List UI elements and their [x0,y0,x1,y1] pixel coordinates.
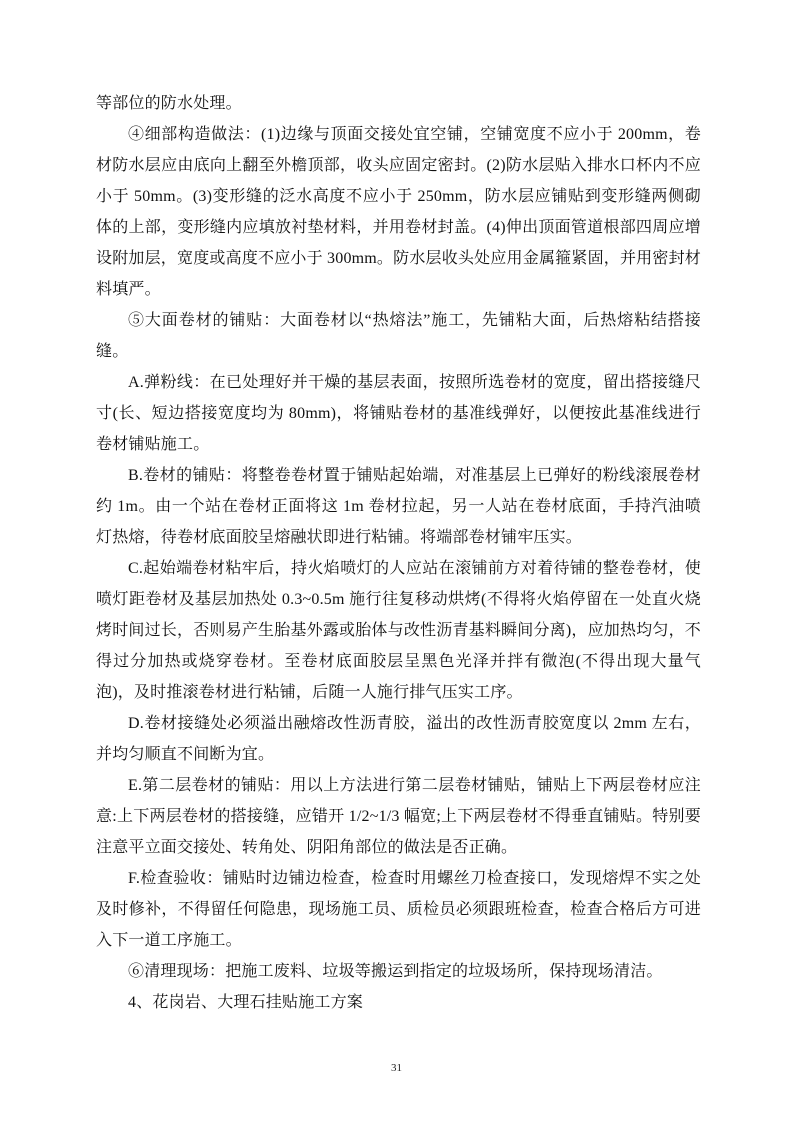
paragraph-heading-granite-marble: 4、花岗岩、大理石挂贴施工方案 [96,987,701,1018]
paragraph-step-e-second-layer: E.第二层卷材的铺贴：用以上方法进行第二层卷材铺贴，铺贴上下两层卷材应注意:上下… [96,770,701,863]
paragraph-site-cleanup-6: ⑥清理现场：把施工废料、垃圾等搬运到指定的垃圾场所，保持现场清洁。 [96,956,701,987]
document-body: 等部位的防水处理。 ④细部构造做法：(1)边缘与顶面交接处宜空铺，空铺宽度不应小… [96,88,701,1018]
paragraph-step-b-membrane-paste: B.卷材的铺贴：将整卷卷材置于铺贴起始端，对准基层上已弹好的粉线滚展卷材约 1m… [96,460,701,553]
paragraph-continuation: 等部位的防水处理。 [96,88,701,119]
paragraph-step-f-inspection: F.检查验收：铺贴时边铺边检查，检查时用螺丝刀检查接口，发现熔焊不实之处及时修补… [96,863,701,956]
document-page: 等部位的防水处理。 ④细部构造做法：(1)边缘与顶面交接处宜空铺，空铺宽度不应小… [0,0,793,1122]
paragraph-step-a-chalk-line: A.弹粉线：在已处理好并干燥的基层表面，按照所选卷材的宽度，留出搭接缝尺寸(长、… [96,367,701,460]
paragraph-step-c-torch-heating: C.起始端卷材粘牢后，持火焰喷灯的人应站在滚铺前方对着待铺的整卷卷材，使喷灯距卷… [96,553,701,708]
paragraph-detail-construction-4: ④细部构造做法：(1)边缘与顶面交接处宜空铺，空铺宽度不应小于 200mm，卷材… [96,119,701,305]
page-number: 31 [0,1062,793,1074]
paragraph-membrane-laying-5: ⑤大面卷材的铺贴：大面卷材以“热熔法”施工，先铺粘大面，后热熔粘结搭接缝。 [96,305,701,367]
paragraph-step-d-seam-overflow: D.卷材接缝处必须溢出融熔改性沥青胶，溢出的改性沥青胶宽度以 2mm 左右，并均… [96,708,701,770]
